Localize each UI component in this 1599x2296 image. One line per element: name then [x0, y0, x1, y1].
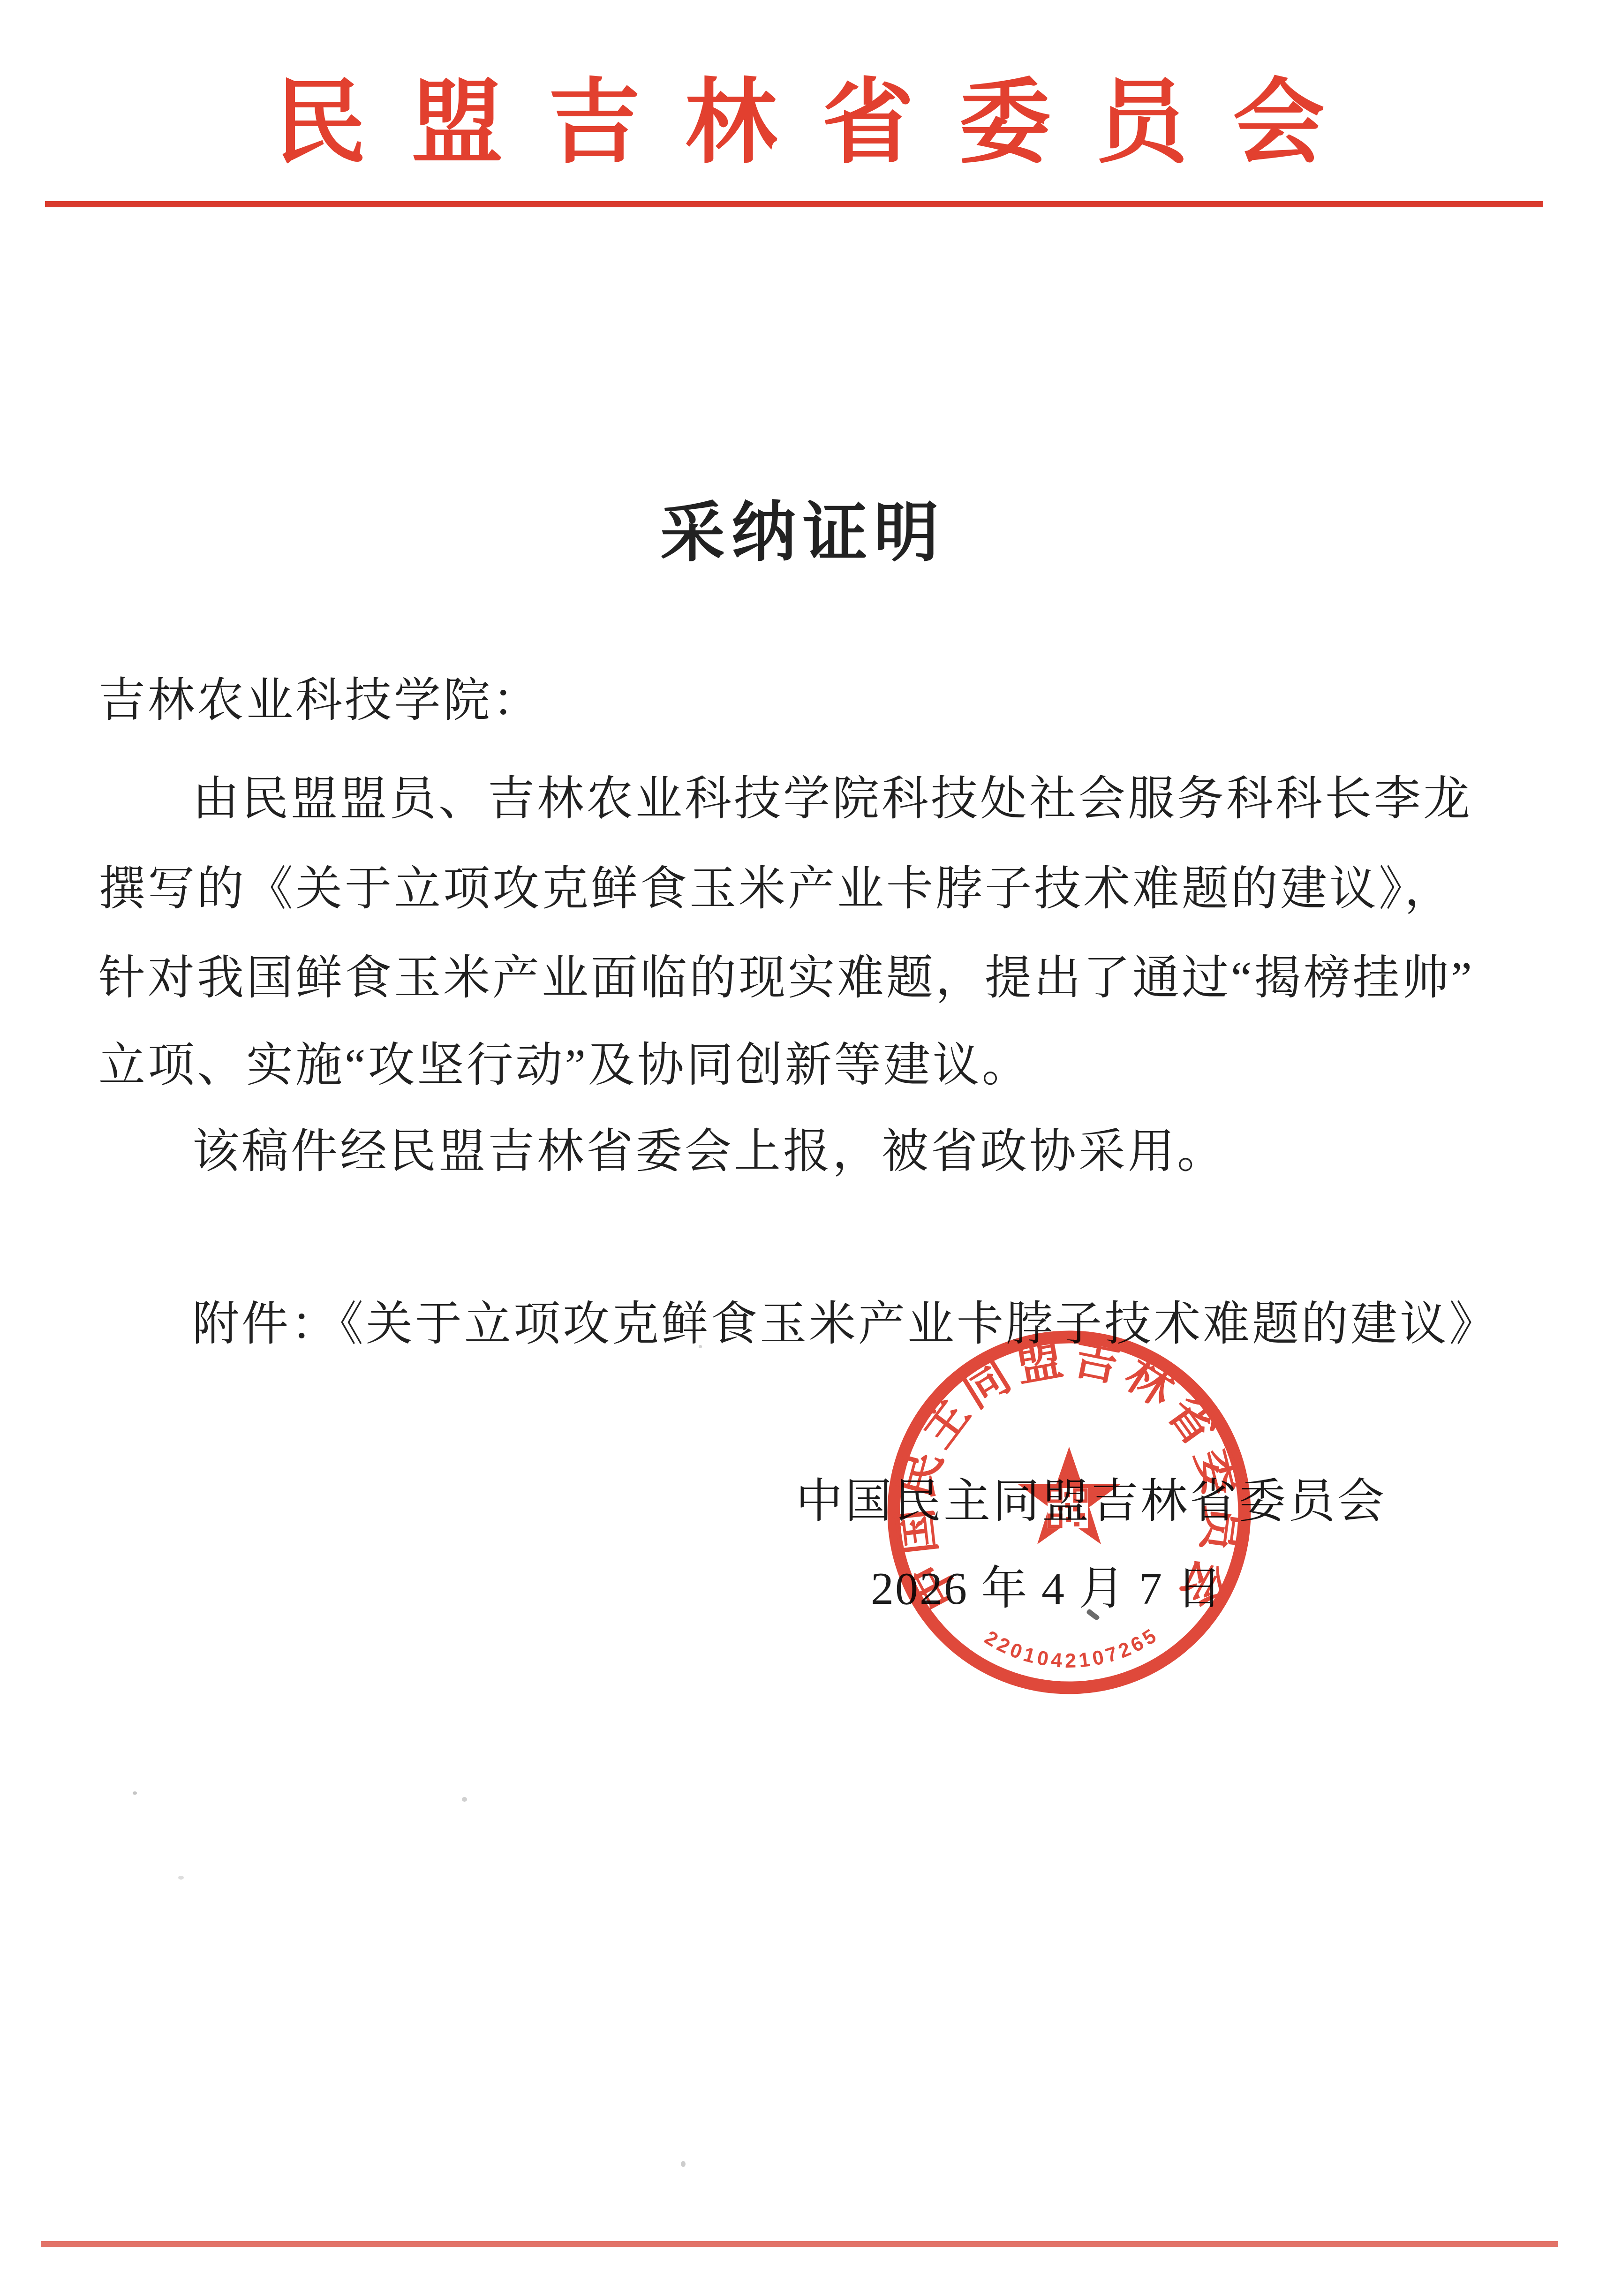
body-line: 该稿件经民盟吉林省委会上报，被省政协采用。: [98, 1120, 1524, 1183]
signature-date: 2026 年 4 月 7 日: [871, 1551, 1224, 1617]
attachment-line: 附件：《关于立项攻克鲜食玉米产业卡脖子技术难题的建议》: [98, 1292, 1524, 1356]
body-line: 立项、实施“攻坚行动”及协同创新等建议。: [98, 1034, 1524, 1097]
letterhead-rule: [45, 201, 1543, 207]
signature-org: 中国民主同盟吉林省委员会: [796, 1463, 1387, 1531]
body-line: 针对我国鲜食玉米产业面临的现实难题，提出了通过“揭榜挂帅”: [98, 946, 1524, 1010]
letterhead-org-name: 民盟吉林省委员会: [0, 75, 1599, 172]
body-line: 由民盟盟员、吉林农业科技学院科技处社会服务科科长李龙: [98, 767, 1524, 831]
document-title: 采纳证明: [0, 481, 1599, 574]
salutation: 吉林农业科技学院：: [98, 669, 1524, 732]
scanned-letter: 民盟吉林省委员会 采纳证明 吉林农业科技学院： 由民盟盟员、吉林农业科技学院科技…: [0, 0, 1599, 2296]
seal-serial: 2201042107265: [981, 1623, 1163, 1672]
scan-artifact: [178, 1876, 184, 1880]
scan-artifact: [681, 2161, 686, 2167]
body-line: 撰写的《关于立项攻克鲜食玉米产业卡脖子技术难题的建议》，: [98, 857, 1524, 921]
scan-artifact: [133, 1791, 137, 1795]
scan-artifact: [462, 1797, 467, 1802]
footer-rule: [41, 2241, 1558, 2247]
